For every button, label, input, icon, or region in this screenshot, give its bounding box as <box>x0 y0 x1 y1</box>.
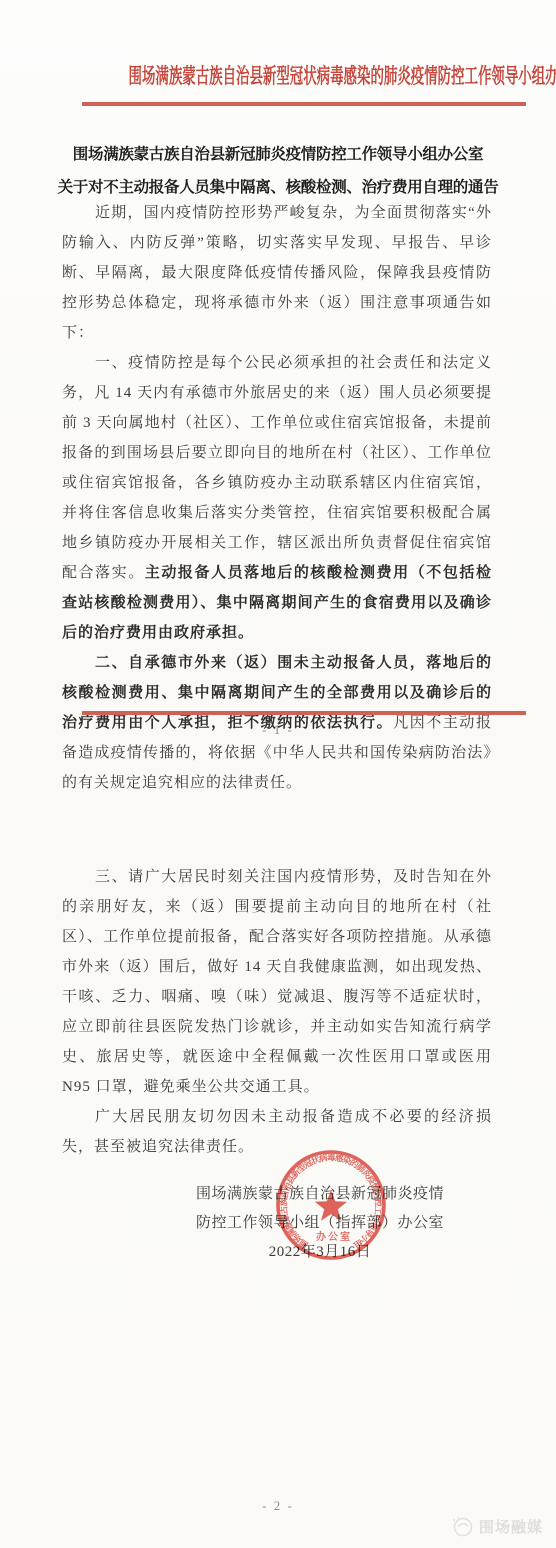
signature-block: 围场满族蒙古族自治县新冠肺炎疫情 防控工作领导小组（指挥部）办公室 2022年3… <box>175 1180 465 1267</box>
red-divider-line-top <box>82 102 526 106</box>
document-paragraph: 广大居民朋友切勿因未主动报备造成不必要的经济损失，甚至被追究法律责任。 <box>62 1102 492 1162</box>
media-logo-icon <box>450 1514 474 1538</box>
letterhead-banner-text: 围场满族蒙古族自治县新型冠状病毒感染的肺炎疫情防控工作领导小组办公室 <box>129 60 556 90</box>
paragraph-segment: 一、疫情防控是每个公民必须承担的社会责任和法定义务，凡 14 天内有承德市外旅居… <box>62 355 492 581</box>
document-paragraph: 近期，国内疫情防控形势严峻复杂，为全面贯彻落实“外防输入、内防反弹”策略，切实落… <box>62 198 492 348</box>
signature-org-line1: 围场满族蒙古族自治县新冠肺炎疫情 <box>175 1180 465 1209</box>
document-title-line1: 围场满族蒙古族自治县新冠肺炎疫情防控工作领导小组办公室 <box>0 138 556 171</box>
letterhead-banner: 围场满族蒙古族自治县新型冠状病毒感染的肺炎疫情防控工作领导小组办公室 <box>0 60 556 90</box>
paragraph-segment: 近期，国内疫情防控形势严峻复杂，为全面贯彻落实“外防输入、内防反弹”策略，切实落… <box>62 205 492 341</box>
signature-date: 2022年3月16日 <box>175 1238 465 1267</box>
page2-number: - 2 - <box>0 1498 556 1514</box>
document-title: 围场满族蒙古族自治县新冠肺炎疫情防控工作领导小组办公室 关于对不主动报备人员集中… <box>0 138 556 204</box>
document-paragraph: 三、请广大居民时刻关注国内疫情形势，及时告知在外的亲朋好友，来（返）围要提前主动… <box>62 862 492 1102</box>
page2-body: 三、请广大居民时刻关注国内疫情形势，及时告知在外的亲朋好友，来（返）围要提前主动… <box>62 862 492 1162</box>
paragraph-segment: 广大居民朋友切勿因未主动报备造成不必要的经济损失，甚至被追究法律责任。 <box>62 1109 492 1155</box>
signature-org-line2: 防控工作领导小组（指挥部）办公室 <box>175 1209 465 1238</box>
red-divider-line-bottom <box>82 711 526 715</box>
document-page: 围场满族蒙古族自治县新型冠状病毒感染的肺炎疫情防控工作领导小组办公室 围场满族蒙… <box>0 0 556 1548</box>
media-watermark: 围场融媒 <box>450 1514 543 1538</box>
page1-body: 近期，国内疫情防控形势严峻复杂，为全面贯彻落实“外防输入、内防反弹”策略，切实落… <box>62 198 492 798</box>
media-watermark-label: 围场融媒 <box>479 1516 543 1537</box>
page1-number: - 1 - <box>0 722 556 738</box>
document-paragraph: 一、疫情防控是每个公民必须承担的社会责任和法定义务，凡 14 天内有承德市外旅居… <box>62 348 492 648</box>
paragraph-segment: 三、请广大居民时刻关注国内疫情形势，及时告知在外的亲朋好友，来（返）围要提前主动… <box>62 869 492 1095</box>
